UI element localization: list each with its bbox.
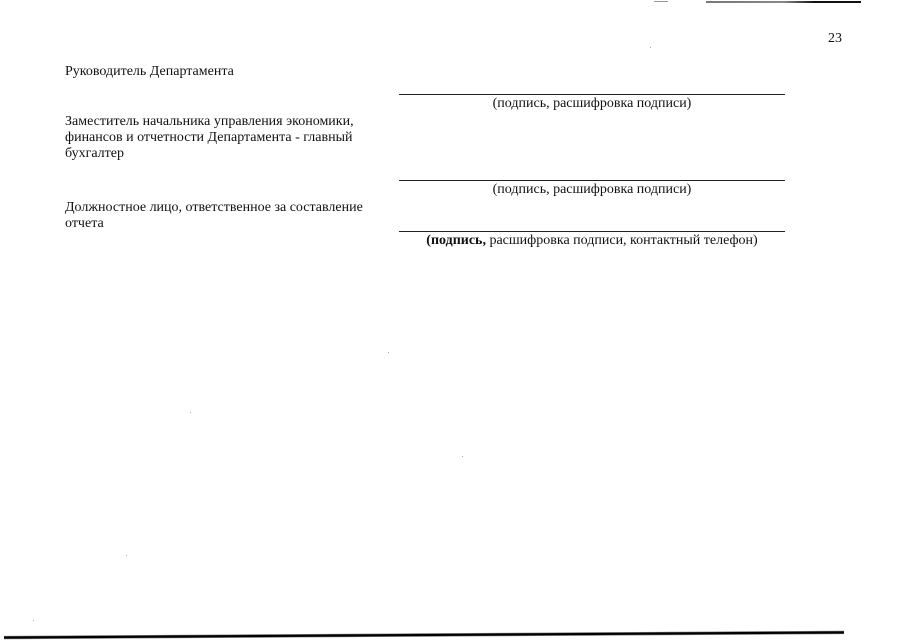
signatory-role-head: Руководитель Департамента: [65, 64, 395, 80]
role-line: Должностное лицо, ответственное за соста…: [65, 200, 395, 216]
role-line: бухгалтер: [65, 146, 395, 162]
role-line: отчета: [65, 216, 395, 232]
role-line: финансов и отчетности Департамента - гла…: [65, 130, 395, 146]
signature-caption: (подпись, расшифровка подписи, контактны…: [392, 233, 792, 249]
signatory-role-deputy: Заместитель начальника управления эконом…: [65, 114, 395, 162]
signature-line: [399, 180, 785, 181]
scan-speck: [650, 47, 651, 48]
signature-line: [399, 94, 785, 95]
signature-caption: (подпись, расшифровка подписи): [399, 182, 785, 198]
caption-bold-part: (подпись,: [426, 233, 486, 248]
signature-caption: (подпись, расшифровка подписи): [399, 96, 785, 112]
scan-speck: [462, 456, 463, 457]
scan-speck: [190, 412, 191, 413]
scan-edge-line: [4, 630, 844, 639]
role-line: Заместитель начальника управления эконом…: [65, 114, 395, 130]
scan-speck: [33, 620, 34, 621]
scan-artifact-line: [706, 1, 861, 3]
page-number: 23: [828, 31, 842, 47]
scan-artifact-line: [654, 1, 668, 2]
caption-rest: расшифровка подписи, контактный телефон): [486, 233, 758, 248]
signature-line: [399, 231, 785, 232]
signatory-role-responsible: Должностное лицо, ответственное за соста…: [65, 200, 395, 232]
scan-speck: [126, 555, 127, 556]
scan-speck: [388, 352, 389, 353]
